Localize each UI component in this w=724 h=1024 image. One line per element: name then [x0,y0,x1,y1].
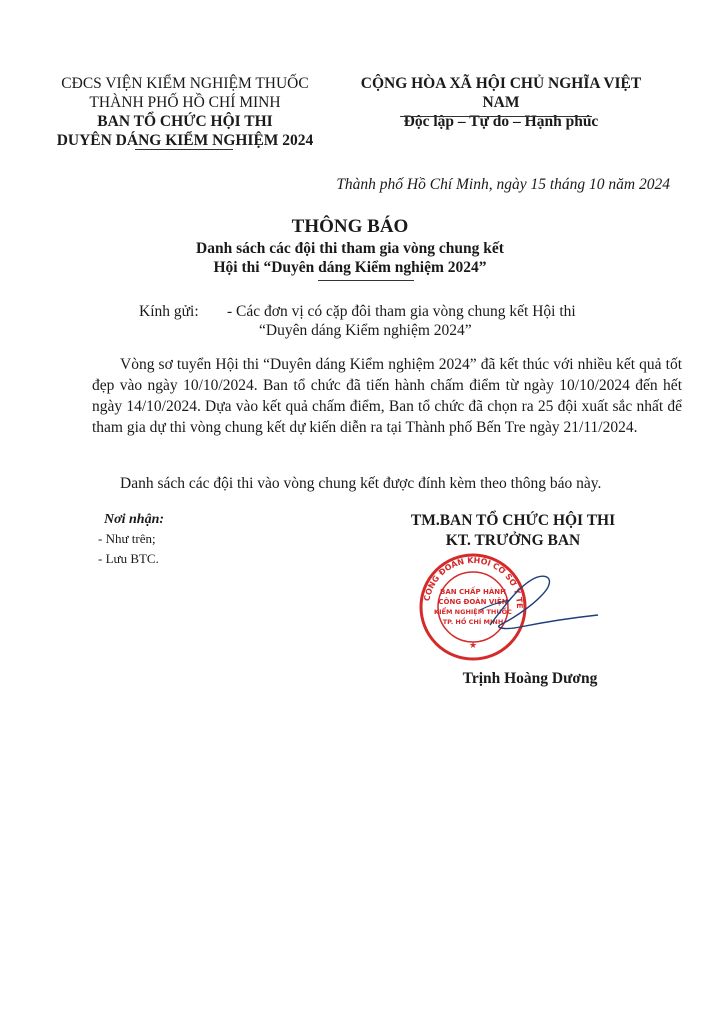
org-event-line: DUYÊN DÁNG KIỂM NGHIỆM 2024 [30,131,340,150]
receiver-item: - Lưu BTC. [98,551,159,567]
receivers-title: Nơi nhận: [104,512,164,528]
recipient-line2: “Duyên dáng Kiểm nghiệm 2024” [259,322,472,340]
recipient-label: Kính gửi: [139,303,199,321]
org-committee-line: BAN TỔ CHỨC HỘI THI [30,112,340,131]
org-city-line: THÀNH PHỐ HỒ CHÍ MINH [30,93,340,112]
national-motto: Độc lập – Tự do – Hạnh phúc [346,112,656,131]
left-header-underline [135,149,233,150]
signer-name: Trịnh Hoàng Dương [420,670,640,688]
motto-underline [400,116,592,117]
body-paragraph-2: Danh sách các đội thi vào vòng chung kết… [120,475,680,493]
document-title: THÔNG BÁO [130,216,570,238]
issuing-organization-header: CĐCS VIỆN KIỂM NGHIỆM THUỐC THÀNH PHỐ HỒ… [30,74,340,150]
recipient-line1: - Các đơn vị có cặp đôi tham gia vòng ch… [227,303,576,321]
handwritten-signature-icon [460,570,600,640]
svg-text:★: ★ [469,640,477,650]
receiver-item: - Như trên; [98,531,156,547]
signature-organization: TM.BAN TỔ CHỨC HỘI THI [400,512,626,530]
document-subtitle-line1: Danh sách các đội thi tham gia vòng chun… [130,240,570,258]
country-name: CỘNG HÒA XÃ HỘI CHỦ NGHĨA VIỆT NAM [346,74,656,112]
document-subtitle-line2: Hội thi “Duyên dáng Kiểm nghiệm 2024” [130,259,570,277]
subtitle-underline [318,280,414,281]
national-motto-header: CỘNG HÒA XÃ HỘI CHỦ NGHĨA VIỆT NAM Độc l… [346,74,656,131]
body-paragraph-1: Vòng sơ tuyển Hội thi “Duyên dáng Kiểm n… [92,354,682,438]
signature-role: KT. TRƯỞNG BAN [400,532,626,550]
org-union-line: CĐCS VIỆN KIỂM NGHIỆM THUỐC [30,74,340,93]
date-line: Thành phố Hồ Chí Minh, ngày 15 tháng 10 … [200,176,670,194]
